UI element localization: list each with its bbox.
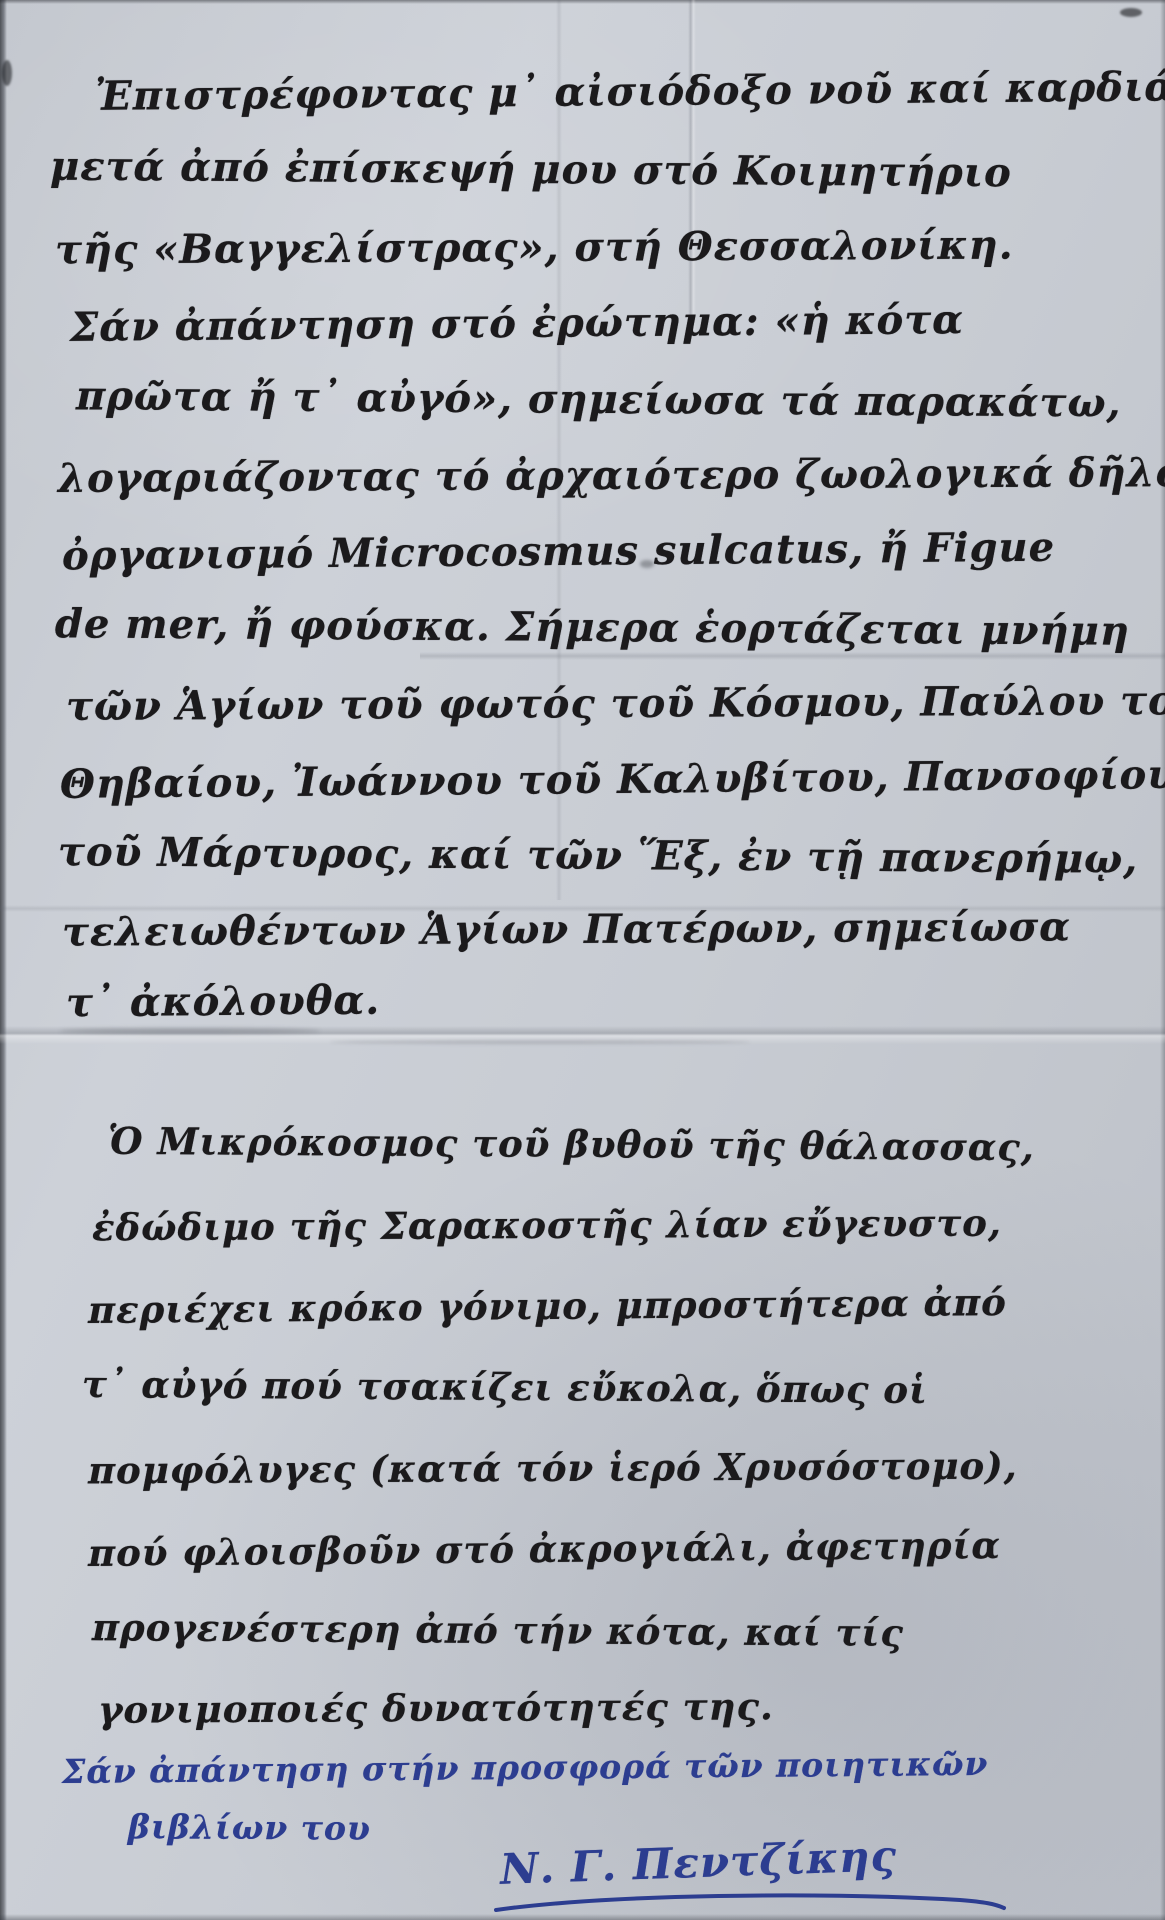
handwritten-line: Ὁ Μικρόκοσμος τοῦ βυθοῦ τῆς θάλασσας, <box>108 1119 1035 1169</box>
ink-smudge <box>330 1040 750 1044</box>
ink-smudge <box>60 1028 320 1034</box>
handwritten-line: τ᾽ αὐγό πού τσακίζει εὔκολα, ὅπως οἱ <box>82 1362 928 1412</box>
handwritten-line: τελειωθέντων Ἁγίων Πατέρων, σημείωσα <box>62 903 1071 955</box>
handwritten-line: Σάν ἀπάντηση στό ἐρώτημα: «ἡ κότα <box>70 296 964 351</box>
closing-line: Σάν ἀπάντηση στήν προσφορά τῶν ποιητικῶν <box>62 1744 989 1791</box>
handwritten-line: de mer, ἤ φούσκα. Σήμερα ἑορτάζεται μνήμ… <box>55 600 1130 655</box>
handwritten-line: πομφόλυγες (κατά τόν ἱερό Χρυσόστομο), <box>88 1444 1018 1493</box>
closing-line: βιβλίων του <box>128 1807 371 1848</box>
handwritten-line: ἐδώδιμο τῆς Σαρακοστῆς λίαν εὔγευστο, <box>92 1201 1002 1250</box>
handwritten-line: τ᾽ ἀκόλουθα. <box>66 977 381 1027</box>
ink-smudge <box>2 60 12 86</box>
handwritten-line: πρῶτα ἤ τ᾽ αὐγό», σημείωσα τά παρακάτω, <box>76 372 1122 426</box>
signature-block: Ν. Γ. Πεντζίκης <box>500 1838 897 1887</box>
handwritten-line: περιέχει κρόκο γόνιμο, μπροστήτερα ἀπό <box>88 1280 1007 1332</box>
handwritten-line: Ἐπιστρέφοντας μ᾽ αἰσιόδοξο νοῦ καί καρδι… <box>95 63 1165 120</box>
handwritten-line: μετά ἀπό ἐπίσκεψή μου στό Κοιμητήριο <box>50 143 1012 197</box>
handwritten-line: ὀργανισμό Microcosmus sulcatus, ἤ Figue <box>62 524 1055 580</box>
signature: Ν. Γ. Πεντζίκης <box>499 1831 898 1894</box>
signature-underline-flourish <box>490 1890 1010 1916</box>
page-edge-shadow-top <box>0 0 1165 4</box>
handwritten-line: λογαριάζοντας τό ἀρχαιότερο ζωολογικά δῆ… <box>58 449 1165 502</box>
handwritten-line: τῆς «Βαγγελίστρας», στή Θεσσαλονίκη. <box>55 221 1014 273</box>
handwritten-line: τῶν Ἁγίων τοῦ φωτός τοῦ Κόσμου, Παύλου τ… <box>66 677 1165 730</box>
letter-page: Ἐπιστρέφοντας μ᾽ αἰσιόδοξο νοῦ καί καρδι… <box>0 0 1165 1920</box>
handwritten-line: τοῦ Μάρτυρος, καί τῶν Ἕξ, ἐν τῇ πανερήμῳ… <box>58 828 1138 883</box>
handwritten-line: Θηβαίου, Ἰωάννου τοῦ Καλυβίτου, Πανσοφίο… <box>60 751 1165 808</box>
page-edge-shadow-left <box>0 0 7 1920</box>
handwritten-line: πού φλοισβοῦν στό ἀκρογιάλι, ἀφετηρία <box>88 1523 1001 1575</box>
page-edge-shadow-right <box>1160 0 1165 1920</box>
handwritten-line: προγενέστερη ἀπό τήν κότα, καί τίς <box>92 1605 904 1655</box>
handwritten-line: γονιμοποιές δυνατότητές της. <box>98 1684 774 1732</box>
ink-smudge <box>1120 8 1142 17</box>
